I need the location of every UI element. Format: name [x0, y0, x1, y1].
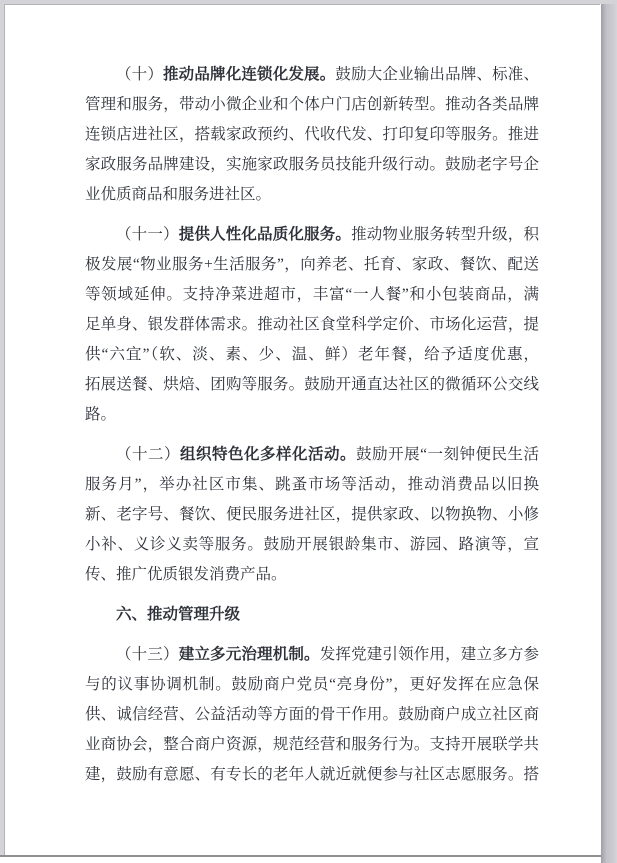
viewer-left-band	[0, 0, 4, 855]
paragraph-number: （十二）	[116, 446, 180, 463]
paragraph-number: （十一）	[116, 226, 179, 243]
paragraph-text: 推动物业服务转型升级，积	[351, 226, 539, 243]
text-line: 拓展送餐、烘焙、团购等服务。鼓励开通直达社区的微循环公交线	[85, 370, 539, 400]
text-line: 业优质商品和服务进社区。	[85, 180, 539, 210]
paragraph-title: 提供人性化品质化服务。	[179, 226, 351, 243]
text-line: 极发展“物业服务+生活服务”，向养老、托育、家政、餐饮、配送	[85, 250, 539, 280]
paragraph-title: 组织特色化多样化活动。	[180, 446, 356, 463]
text-line: 与的议事协调机制。鼓励商户党员“亮身份”，更好发挥在应急保	[85, 670, 539, 700]
text-line: 传、推广优质银发消费产品。	[85, 560, 539, 590]
text-line: 供、诚信经营、公益活动等方面的骨干作用。鼓励商户成立社区商	[85, 700, 539, 730]
paragraph: （十）推动品牌化连锁化发展。鼓励大企业输出品牌、标准、管理和服务，带动小微企业和…	[85, 60, 539, 210]
text-line: 业商协会，整合商户资源，规范经营和服务行为。支持开展联学共	[85, 730, 539, 760]
paragraph-text: 鼓励开展“一刻钟便民生活	[356, 446, 539, 463]
paragraph-title: 推动品牌化连锁化发展。	[163, 66, 335, 83]
text-line: 连锁店进社区，搭载家政预约、代收代发、打印复印等服务。推进	[85, 120, 539, 150]
text-line: 服务月”，举办社区市集、跳蚤市场等活动，推动消费品以旧换	[85, 470, 539, 500]
text-line: 路。	[85, 400, 539, 430]
paragraph: （十二）组织特色化多样化活动。鼓励开展“一刻钟便民生活服务月”，举办社区市集、跳…	[85, 440, 539, 590]
paragraph: （十一）提供人性化品质化服务。推动物业服务转型升级，积极发展“物业服务+生活服务…	[85, 220, 539, 430]
document-page: （十）推动品牌化连锁化发展。鼓励大企业输出品牌、标准、管理和服务，带动小微企业和…	[4, 4, 600, 855]
paragraph-text: 发挥党建引领作用，建立多方参	[320, 646, 539, 663]
page-bottom-rule	[0, 855, 601, 857]
text-line: （十）推动品牌化连锁化发展。鼓励大企业输出品牌、标准、	[85, 60, 539, 90]
paragraph-title: 建立多元治理机制。	[179, 646, 320, 663]
text-line: 管理和服务，带动小微企业和个体户门店创新转型。推动各类品牌	[85, 90, 539, 120]
text-line: 小补、义诊义卖等服务。鼓励开展银龄集市、游园、路演等，宣	[85, 530, 539, 560]
viewer-top-band	[0, 0, 617, 4]
text-line: 足单身、银发群体需求。推动社区食堂科学定价、市场化运营，提	[85, 310, 539, 340]
paragraph: （十三）建立多元治理机制。发挥党建引领作用，建立多方参与的议事协调机制。鼓励商户…	[85, 640, 539, 790]
paragraph-number: （十）	[116, 66, 163, 83]
text-line: 家政服务品牌建设，实施家政服务员技能升级行动。鼓励老字号企	[85, 150, 539, 180]
viewer-right-gutter	[601, 0, 617, 863]
text-line: （十三）建立多元治理机制。发挥党建引领作用，建立多方参	[85, 640, 539, 670]
text-line: 新、老字号、餐饮、便民服务进社区，提供家政、以物换物、小修	[85, 500, 539, 530]
page-text: （十）推动品牌化连锁化发展。鼓励大企业输出品牌、标准、管理和服务，带动小微企业和…	[85, 60, 539, 790]
text-line: 供“六宜”（软、淡、素、少、温、鲜）老年餐，给予适度优惠，	[85, 340, 539, 370]
paragraph-number: （十三）	[116, 646, 179, 663]
text-line: 等领域延伸。支持净菜进超市，丰富“一人餐”和小包装商品，满	[85, 280, 539, 310]
text-line: 建，鼓励有意愿、有专长的老年人就近就便参与社区志愿服务。搭	[85, 760, 539, 790]
text-line: （十一）提供人性化品质化服务。推动物业服务转型升级，积	[85, 220, 539, 250]
section-heading: 六、推动管理升级	[85, 600, 539, 630]
paragraph-text: 鼓励大企业输出品牌、标准、	[335, 66, 539, 83]
text-line: （十二）组织特色化多样化活动。鼓励开展“一刻钟便民生活	[85, 440, 539, 470]
